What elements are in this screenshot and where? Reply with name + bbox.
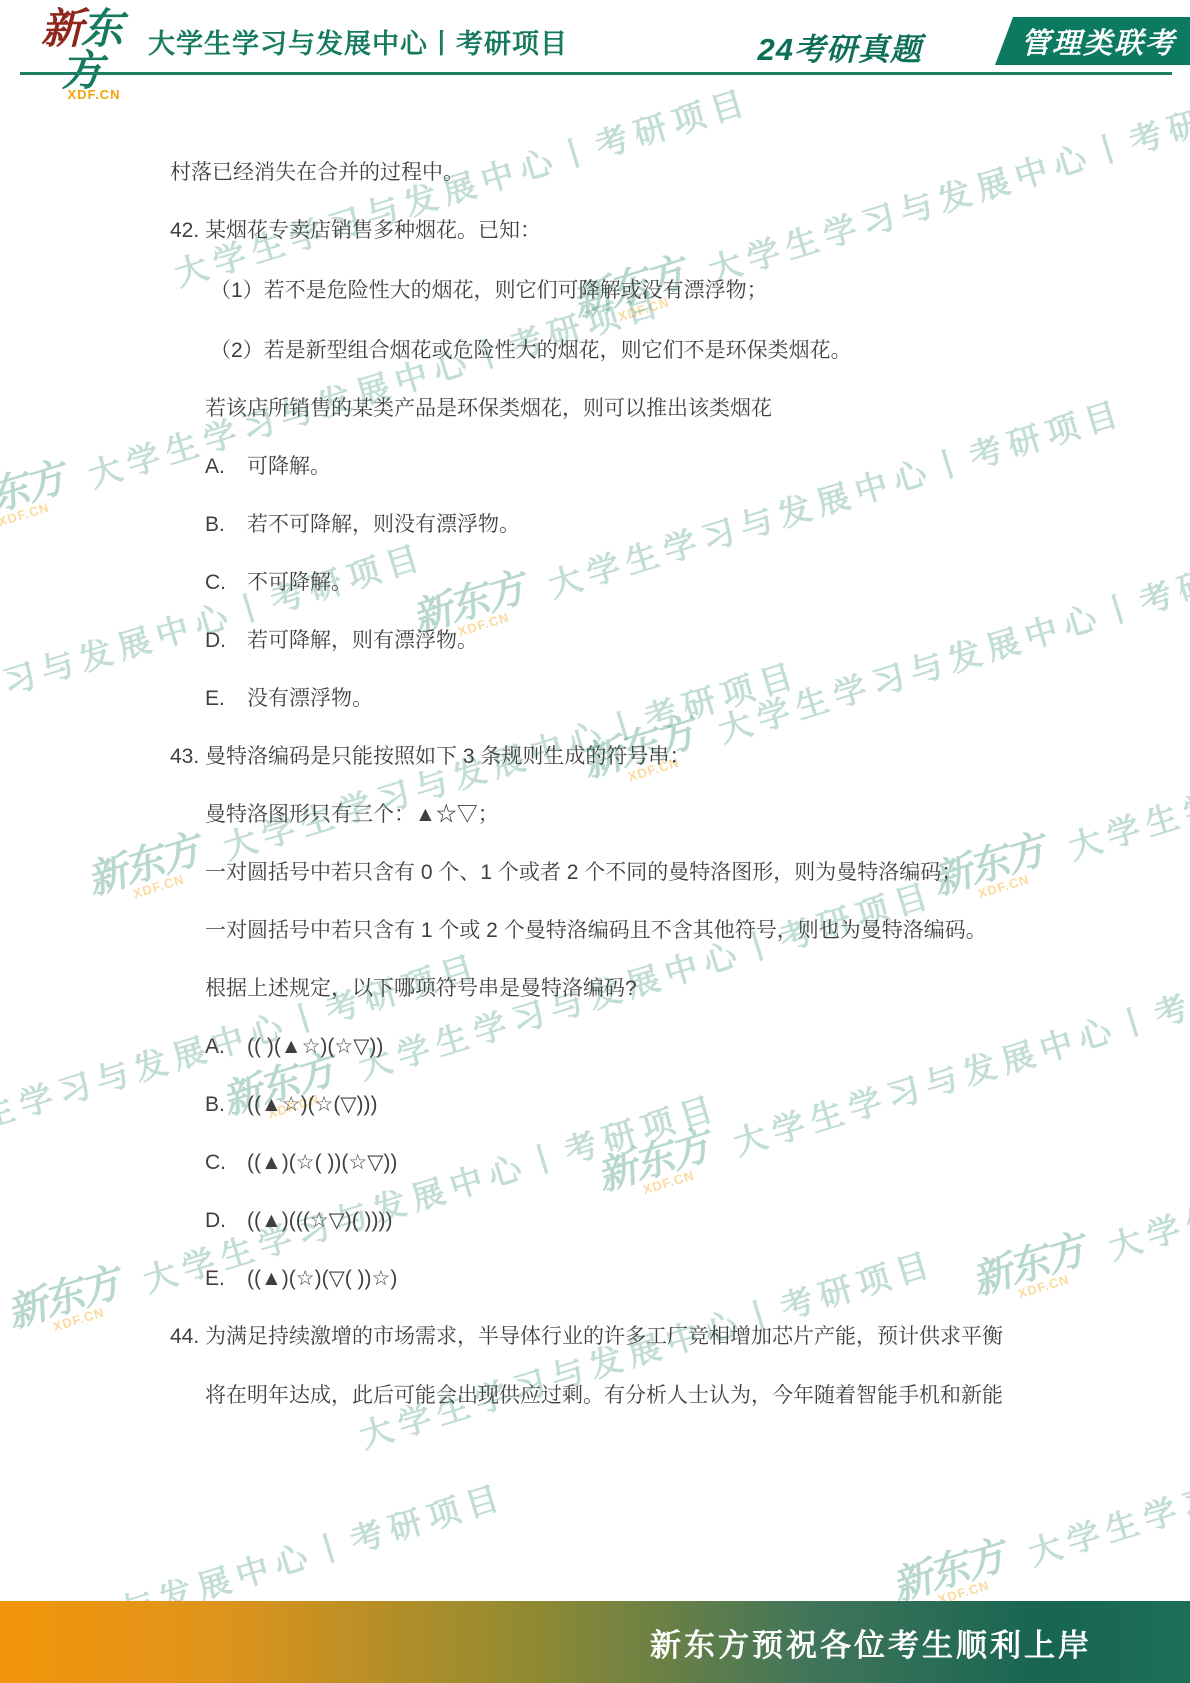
q44-line-1: 为满足持续激增的市场需求，半导体行业的许多工厂竞相增加芯片产能，预计供求平衡 [205, 1322, 1003, 1352]
document-page: 新东方XDF.CN大学生学习与发展中心丨考研项目 新东方XDF.CN大学生学习与… [0, 0, 1190, 1683]
q43-rule-2: 一对圆括号中若只含有 0 个、1 个或者 2 个不同的曼特洛图形，则为曼特洛编码… [205, 858, 962, 888]
exam-year-tag: 24考研真题 [758, 24, 922, 69]
q43-number: 43. [170, 742, 199, 772]
q42-premise-2: （2）若是新型组合烟花或危险性大的烟花，则它们不是环保类烟花。 [210, 336, 852, 366]
q43-option-c-label: C. [205, 1148, 226, 1178]
department-title: 大学生学习与发展中心丨考研项目 [148, 22, 568, 61]
q42-option-a-text: 可降解。 [247, 452, 331, 482]
q43-question: 根据上述规定，以下哪项符号串是曼特洛编码? [205, 974, 637, 1004]
footer-banner: 新东方预祝各位考生顺利上岸 [0, 1601, 1190, 1683]
exam-type-badge: 管理类联考 [995, 17, 1190, 65]
q42-number: 42. [170, 216, 199, 246]
q42-option-e-label: E. [205, 684, 225, 714]
header-divider [20, 72, 1172, 75]
q42-option-c-label: C. [205, 568, 226, 598]
q43-rule-3: 一对圆括号中若只含有 1 个或 2 个曼特洛编码且不含其他符号，则也为曼特洛编码… [205, 916, 987, 946]
q42-option-d-text: 若可降解，则有漂浮物。 [247, 626, 478, 656]
page-header: 新东方 XDF.CN 大学生学习与发展中心丨考研项目 24考研真题 管理类联考 [0, 0, 1190, 80]
q42-premise-1: （1）若不是危险性大的烟花，则它们可降解或没有漂浮物； [210, 276, 768, 306]
q43-option-a-label: A. [205, 1032, 225, 1062]
q42-option-b-text: 若不可降解，则没有漂浮物。 [247, 510, 520, 540]
q42-option-e-text: 没有漂浮物。 [247, 684, 373, 714]
q43-stem: 曼特洛编码是只能按照如下 3 条规则生成的符号串： [205, 742, 690, 772]
xdf-logo: 新东方 XDF.CN [22, 8, 140, 101]
q43-option-e-text: ((▲)(☆)(▽( ))☆) [247, 1264, 397, 1294]
q43-option-e-label: E. [205, 1264, 225, 1294]
q42-stem: 某烟花专卖店销售多种烟花。已知： [205, 216, 541, 246]
q43-option-d-text: ((▲)(((☆▽)( )))) [247, 1206, 393, 1236]
q42-option-b-label: B. [205, 510, 225, 540]
q42-option-c-text: 不可降解。 [247, 568, 352, 598]
q42-question: 若该店所销售的某类产品是环保类烟花，则可以推出该类烟花 [205, 394, 772, 424]
q44-line-2: 将在明年达成，此后可能会出现供应过剩。有分析人士认为，今年随着智能手机和新能 [205, 1381, 1003, 1411]
xdf-logo-domain: XDF.CN [22, 88, 140, 101]
q43-option-c-text: ((▲)(☆( ))(☆▽)) [247, 1148, 397, 1178]
q43-option-d-label: D. [205, 1206, 226, 1236]
q42-option-a-label: A. [205, 452, 225, 482]
intro-paragraph-line: 村落已经消失在合并的过程中。 [170, 158, 464, 188]
xdf-logo-characters: 新东方 [22, 8, 140, 92]
q44-number: 44. [170, 1322, 199, 1352]
footer-message: 新东方预祝各位考生顺利上岸 [650, 1620, 1190, 1665]
q43-rule-1: 曼特洛图形只有三个：▲☆▽； [205, 800, 499, 830]
q42-option-d-label: D. [205, 626, 226, 656]
q43-option-a-text: (( )(▲☆)(☆▽)) [247, 1032, 383, 1062]
q43-option-b-label: B. [205, 1090, 225, 1120]
q43-option-b-text: ((▲☆)(☆(▽))) [247, 1090, 378, 1120]
xdf-logo-xin: 新 [41, 5, 81, 52]
question-content: 村落已经消失在合并的过程中。 42. 某烟花专卖店销售多种烟花。已知： （1）若… [0, 0, 1190, 1683]
